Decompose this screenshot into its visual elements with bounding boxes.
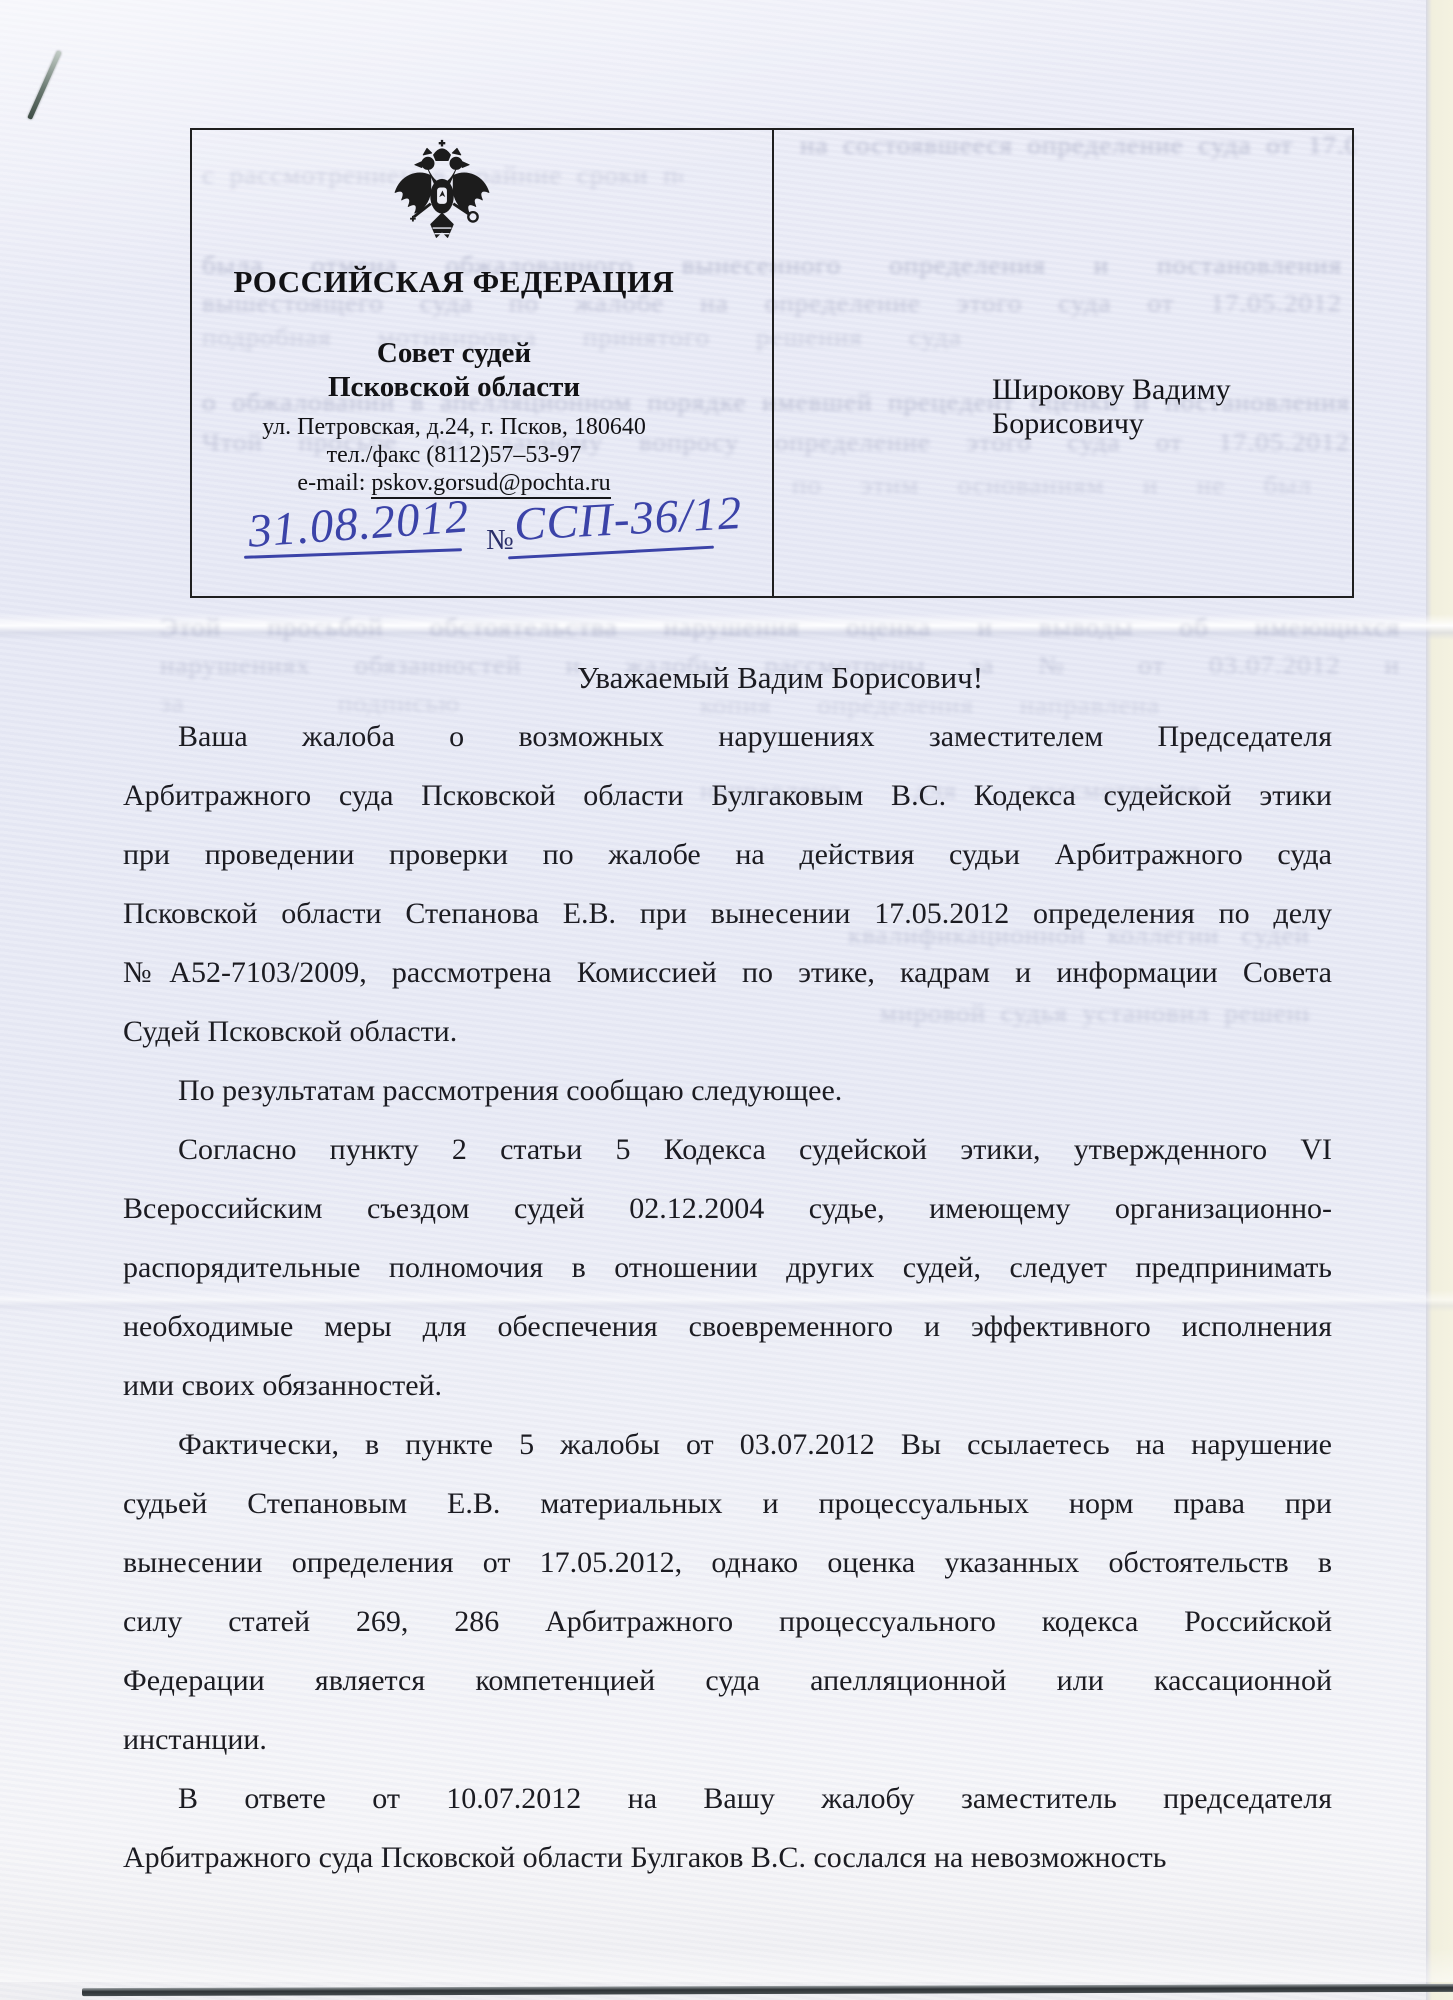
body-line: при проведении проверки по жалобе на дей…: [123, 825, 1332, 884]
body-line: силу статей 269, 286 Арбитражного процес…: [123, 1592, 1332, 1651]
body-line: вынесении определения от 17.05.2012, одн…: [123, 1533, 1332, 1592]
body-line: необходимые меры для обеспечения своевре…: [123, 1297, 1332, 1356]
body-line: Судей Псковской области.: [123, 1002, 1332, 1061]
bleed-through-text: Этой просьбой обстоятельства нарушения о…: [160, 613, 1400, 642]
coat-of-arms-russia-icon: [384, 138, 500, 260]
letterhead-phone: тел./факс (8112)57–53-97: [192, 441, 716, 469]
body-line: Арбитражного суда Псковской области Булг…: [123, 1828, 1332, 1887]
recipient-name: Широкову Вадиму Борисовичу: [992, 373, 1352, 441]
body-line: Федерации является компетенцией суда апе…: [123, 1651, 1332, 1710]
body-line: №А52-7103/2009, рассмотрена Комиссией по…: [123, 943, 1332, 1002]
body-line: Арбитражного суда Псковской области Булг…: [123, 766, 1332, 825]
letterhead-address: ул. Петровская, д.24, г. Псков, 180640: [192, 413, 716, 441]
letterhead-divider: [772, 130, 774, 596]
body-line: По результатам рассмотрения сообщаю след…: [123, 1061, 1332, 1120]
letterhead-org-line2: Псковской области: [192, 371, 716, 404]
email-label: e-mail:: [297, 470, 371, 496]
salutation: Уважаемый Вадим Борисович!: [123, 648, 1332, 707]
body-line: Фактически, в пункте 5 жалобы от 03.07.2…: [123, 1415, 1332, 1474]
body-line: ими своих обязанностей.: [123, 1356, 1332, 1415]
ref-number-sign: №: [486, 524, 515, 557]
letter-body: Уважаемый Вадим Борисович! Ваша жалоба о…: [123, 648, 1332, 1887]
scanned-letter-page: на состоявшееся определение суда от 17.0…: [0, 0, 1453, 2000]
letterhead-org-line1: Совет судей: [192, 337, 716, 370]
body-line: Согласно пункту 2 статьи 5 Кодекса судей…: [123, 1120, 1332, 1179]
body-line: распорядительные полномочия в отношении …: [123, 1238, 1332, 1297]
letterhead-contact-block: ул. Петровская, д.24, г. Псков, 180640 т…: [192, 413, 716, 497]
body-line: Всероссийским съездом судей 02.12.2004 с…: [123, 1179, 1332, 1238]
body-line: судьей Степановым Е.В. материальных и пр…: [123, 1474, 1332, 1533]
body-lines: Ваша жалоба о возможных нарушениях замес…: [123, 707, 1332, 1887]
body-line: В ответе от 10.07.2012 на Вашу жалобу за…: [123, 1769, 1332, 1828]
letterhead-country: РОССИЙСКАЯ ФЕДЕРАЦИЯ: [192, 264, 716, 300]
body-line: Псковской области Степанова Е.В. при вын…: [123, 884, 1332, 943]
body-line: Ваша жалоба о возможных нарушениях замес…: [123, 707, 1332, 766]
body-line: инстанции.: [123, 1710, 1332, 1769]
